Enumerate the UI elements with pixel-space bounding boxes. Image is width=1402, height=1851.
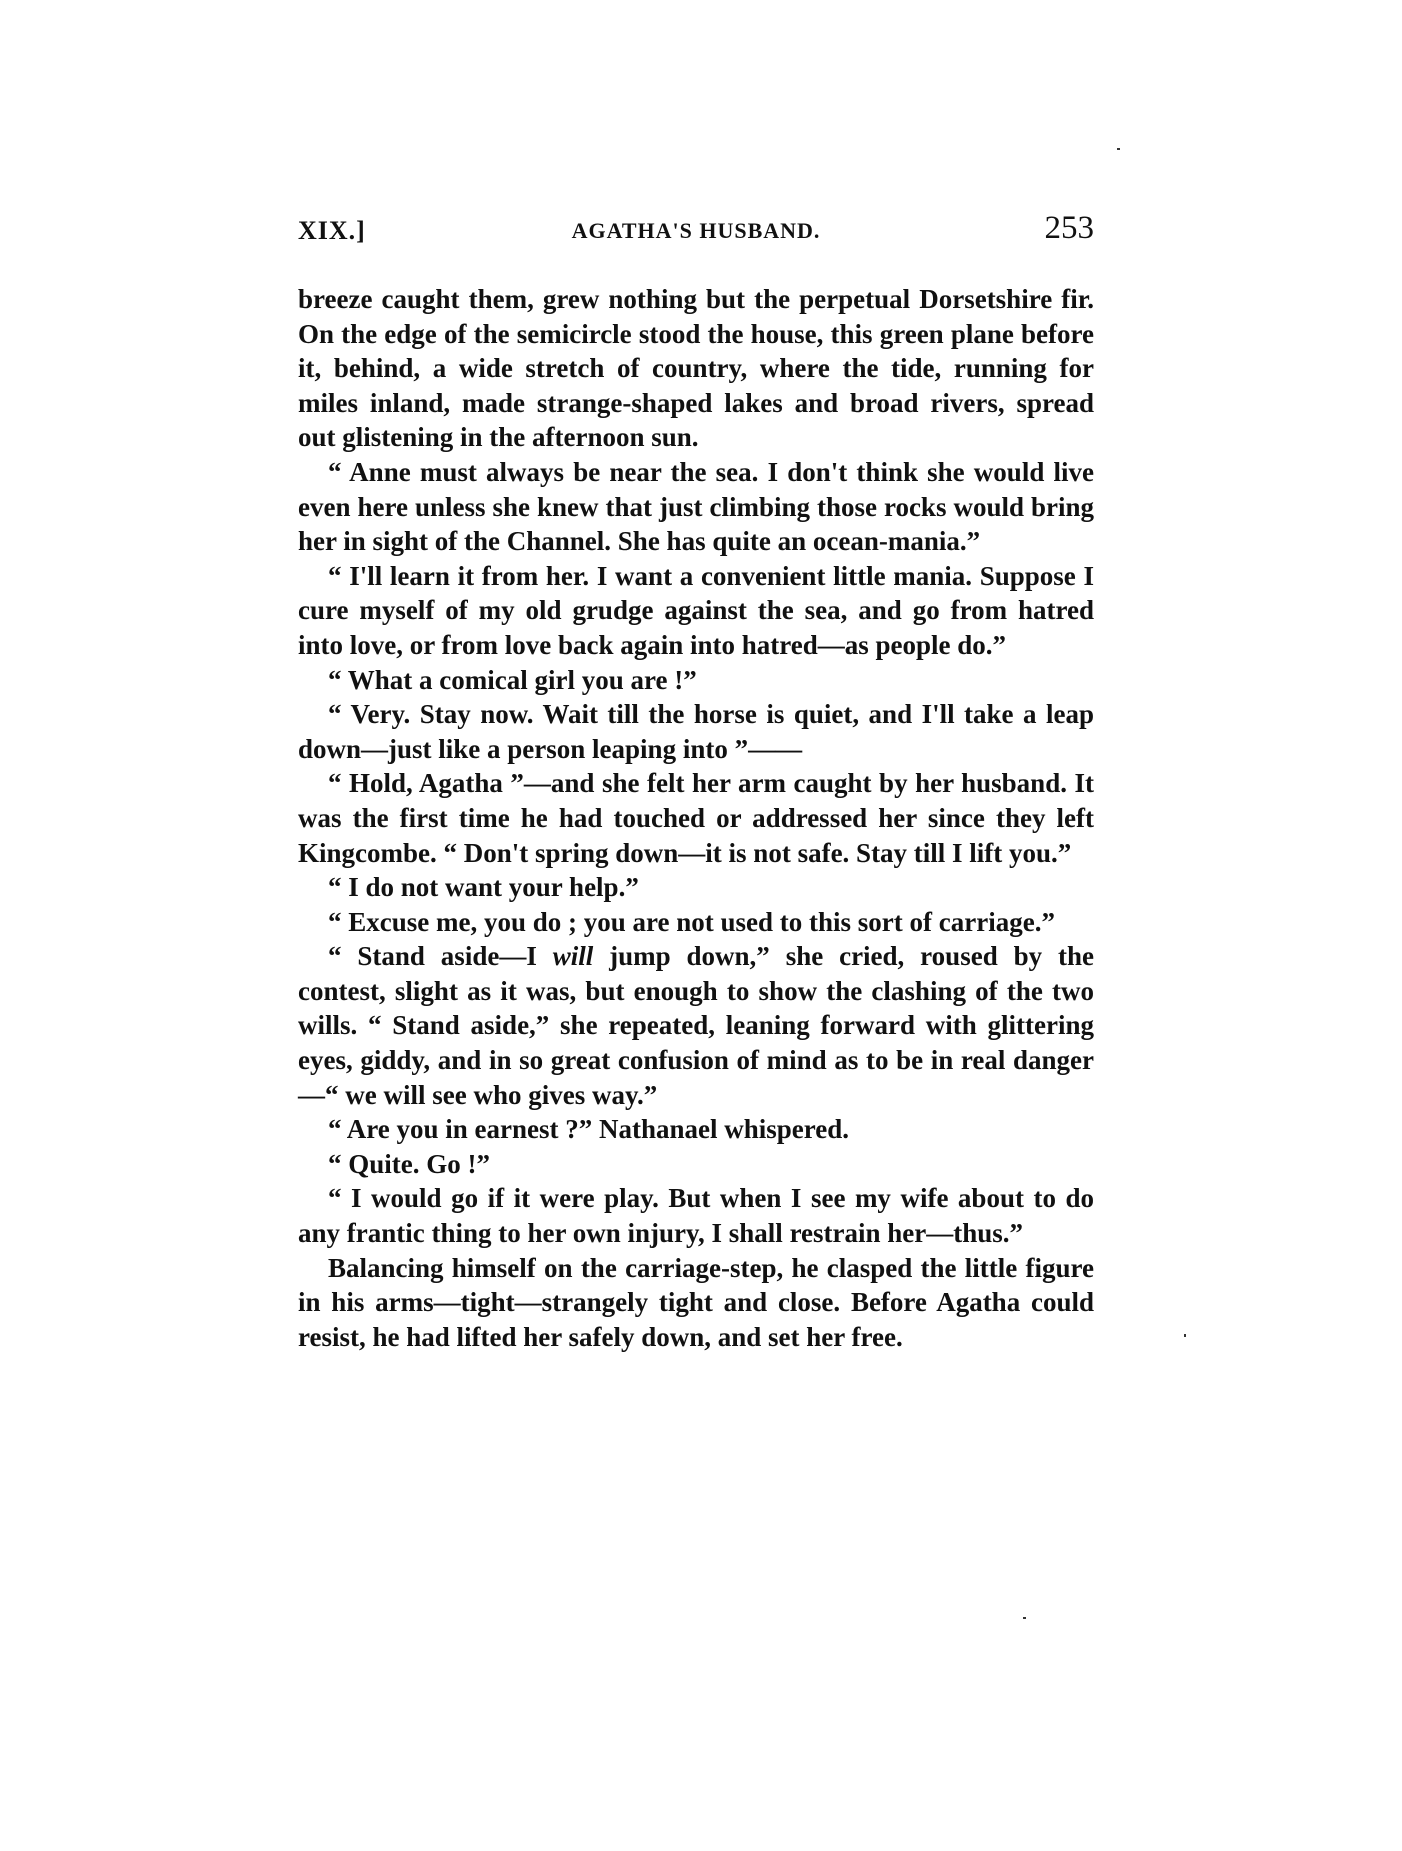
paragraph: “ Very. Stay now. Wait till the horse is… — [298, 697, 1094, 766]
paragraph: “ Hold, Agatha ”—and she felt her arm ca… — [298, 766, 1094, 870]
paragraph: “ I do not want your help.” — [298, 870, 1094, 905]
paragraph: Balancing himself on the carriage-step, … — [298, 1251, 1094, 1355]
paragraph: “ Are you in earnest ?” Nathanael whispe… — [298, 1112, 1094, 1147]
paragraph: “ What a comical girl you are !” — [298, 663, 1094, 698]
running-head: XIX.] AGATHA'S HUSBAND. 253 — [298, 210, 1094, 250]
scan-speck — [1023, 1617, 1026, 1619]
paragraph: “ Quite. Go !” — [298, 1147, 1094, 1182]
paragraph: “ Excuse me, you do ; you are not used t… — [298, 905, 1094, 940]
book-page: XIX.] AGATHA'S HUSBAND. 253 breeze caugh… — [0, 0, 1402, 1851]
scan-speck — [1117, 148, 1120, 150]
italic-emphasis: will — [553, 941, 594, 971]
running-title: AGATHA'S HUSBAND. — [298, 218, 1094, 244]
paragraph: breeze caught them, grew nothing but the… — [298, 282, 1094, 455]
paragraph: “ I would go if it were play. But when I… — [298, 1181, 1094, 1250]
scan-speck — [1184, 1334, 1186, 1337]
text-run: “ Stand aside—I — [328, 941, 553, 971]
page-number: 253 — [1045, 210, 1095, 247]
paragraph: “ Stand aside—I will jump down,” she cri… — [298, 939, 1094, 1112]
paragraph: “ Anne must always be near the sea. I do… — [298, 455, 1094, 559]
body-text: breeze caught them, grew nothing but the… — [298, 282, 1094, 1354]
paragraph: “ I'll learn it from her. I want a conve… — [298, 559, 1094, 663]
